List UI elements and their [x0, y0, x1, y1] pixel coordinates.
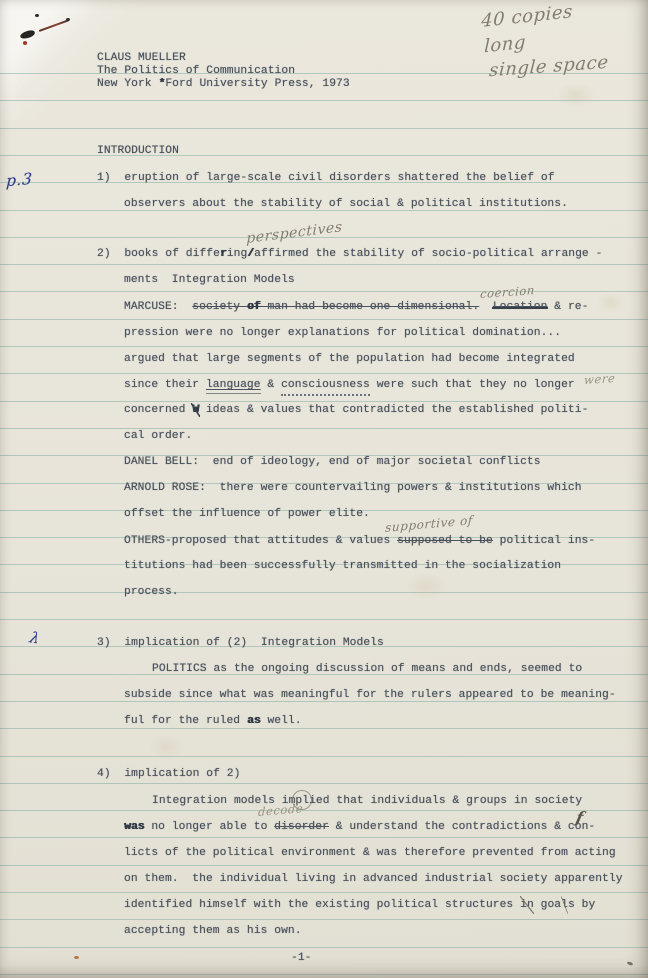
ruled-line [0, 401, 648, 402]
scanned-typewritten-page: CLAUS MUELLERThe Politics of Communicati… [0, 0, 648, 978]
typed-segment: observers about the stability of social … [124, 198, 568, 211]
typed-segment: ARNOLD ROSE: there were countervailing p… [124, 482, 582, 495]
ruled-line [0, 428, 648, 429]
typed-segment: 1) eruption of large-scale civil disorde… [97, 172, 555, 185]
paper-stain [596, 292, 626, 314]
typed-segment: subside since what was meaningful for th… [124, 689, 616, 702]
header-title: The Politics of Communication [97, 65, 295, 78]
hw-margin-caret: λ [28, 631, 42, 647]
hw-page-ref-p3: p.3 [6, 172, 33, 190]
typed-segment: on them. the individual living in advanc… [124, 873, 623, 886]
marcuse-line2: pression were no longer explanations for… [124, 327, 561, 340]
typed-segment: Ford University Press, 1973 [165, 78, 349, 91]
page-number: -1- [291, 952, 312, 965]
ruled-line [0, 264, 648, 265]
section-heading-introduction: INTRODUCTION [97, 145, 179, 158]
typed-segment: ied that individuals & groups in society [309, 795, 582, 808]
header-publisher: New York *Ford University Press, 1973 [97, 78, 350, 91]
typed-segment: l [561, 899, 568, 912]
corner-speck [627, 961, 634, 966]
typed-segment: well. [261, 715, 302, 728]
hw-decode: decode [258, 803, 304, 819]
hw-were: were [584, 373, 616, 387]
ruled-line [0, 783, 648, 784]
red-dot-mark [23, 41, 27, 45]
typed-segment: were such that they no longer [370, 379, 575, 392]
hw-40-copies: 40 copies [481, 3, 573, 31]
ruled-line [0, 291, 648, 292]
item4-line2: Integration models implied that individu… [152, 795, 582, 808]
typed-segment: The Politics of Communication [97, 65, 295, 78]
typed-segment: & re- [547, 301, 588, 314]
typed-segment: titutions had been successfully transmit… [124, 560, 561, 573]
orange-speck [74, 956, 79, 959]
typed-segment: supposed to be [397, 535, 493, 548]
ruled-line [0, 892, 648, 893]
typed-segment: process. [124, 586, 179, 599]
typed-segment: OTHERS-proposed that attitudes & values [124, 535, 397, 548]
marcuse-line3: argued that large segments of the popula… [124, 353, 575, 366]
marcuse-line6: cal order. [124, 430, 192, 443]
hw-perspectives: perspectives [246, 220, 342, 246]
others-line3: process. [124, 586, 179, 599]
item1-line1: 1) eruption of large-scale civil disorde… [97, 172, 555, 185]
ruled-line [0, 619, 648, 620]
typed-segment: concerned [124, 404, 192, 417]
typed-segment: & [261, 379, 282, 392]
typed-segment: argued that large segments of the popula… [124, 353, 575, 366]
typed-segment: New York [97, 78, 158, 91]
scratch-end-dot [66, 18, 70, 21]
item3-line3: subside since what was meaningful for th… [124, 689, 616, 702]
item4-line1: 4) implication of 2) [97, 768, 240, 781]
ruled-line [0, 346, 648, 347]
typed-segment: 3) implication of (2) Integration Models [97, 637, 384, 650]
ruled-line [0, 592, 648, 593]
typed-segment: MARCUSE: [124, 301, 192, 314]
typed-segment: W [192, 404, 199, 417]
daniel-bell-line: DANEL BELL: end of ideology, end of majo… [124, 456, 541, 469]
typed-segment: s by [568, 899, 595, 912]
typed-segment: cal order. [124, 430, 192, 443]
item2-line2: ments Integration Models [124, 274, 295, 287]
ruled-line [0, 947, 648, 948]
typed-segment: CLAUS MUELLER [97, 52, 186, 65]
item3-line1: 3) implication of (2) Integration Models [97, 637, 384, 650]
typed-segment: POLITICS as the ongoing discussion of me… [152, 663, 582, 676]
ruled-line [0, 974, 648, 975]
typed-segment [479, 301, 493, 314]
hw-single-space: single space [489, 54, 610, 80]
typed-segment: accepting them as his own. [124, 925, 302, 938]
typed-segment: pression were no longer explanations for… [124, 327, 561, 340]
typed-segment: ments Integration Models [124, 274, 295, 287]
ruled-line [0, 373, 648, 374]
typed-segment: goa [534, 899, 561, 912]
hw-supportive-of: supportive of [385, 514, 473, 534]
ruled-line [0, 756, 648, 757]
paper-stain [404, 572, 448, 600]
typed-segment: ideas & values that contradicted the est… [199, 404, 588, 417]
typed-segment: identified himself with the existing pol… [124, 899, 520, 912]
item2-line1: 2) books of differing/affirmed the stabi… [97, 248, 602, 261]
typed-segment: ful for the ruled [124, 715, 247, 728]
item3-line2: POLITICS as the ongoing discussion of me… [152, 663, 582, 676]
item4-line7: accepting them as his own. [124, 925, 302, 938]
item4-line6: identified himself with the existing pol… [124, 899, 595, 912]
typed-segment: -1- [291, 952, 312, 965]
typed-segment: was [124, 821, 145, 834]
typed-segment: offset the influence of power elite. [124, 508, 370, 521]
typed-segment: & understand the contradictions & con [329, 821, 589, 834]
arnold-rose-line1: ARNOLD ROSE: there were countervailing p… [124, 482, 582, 495]
typed-segment: r [220, 248, 227, 261]
typed-segment: man had become one dimensional. [261, 301, 480, 314]
typed-segment: affirmed the stability of socio-politica… [254, 248, 602, 261]
typed-segment: INTRODUCTION [97, 145, 179, 158]
ruled-line [0, 728, 648, 729]
typed-segment: 4) implication of 2) [97, 768, 240, 781]
ruled-line [0, 128, 648, 129]
typed-segment: Location [493, 301, 548, 314]
marcuse-line1: MARCUSE: society of man had become one d… [124, 301, 588, 314]
ruled-line [0, 865, 648, 866]
header-author: CLAUS MUELLER [97, 52, 186, 65]
ink-dot-mark [35, 14, 39, 17]
item4-line4: licts of the political environment & was… [124, 847, 616, 860]
ruled-line [0, 837, 648, 838]
typed-segment: since their [124, 379, 206, 392]
typed-segment: consciousness [281, 379, 370, 396]
ruled-line [0, 919, 648, 920]
hw-long: long [484, 34, 527, 57]
hw-coercion: coercion [480, 285, 536, 300]
typed-segment: disorder [274, 821, 329, 834]
ruled-line [0, 100, 648, 101]
arnold-rose-line2: offset the influence of power elite. [124, 508, 370, 521]
item4-line5: on them. the individual living in advanc… [124, 873, 623, 886]
marcuse-line5: concerned W ideas & values that contradi… [124, 404, 588, 417]
paper-stain [556, 82, 596, 108]
marcuse-line4: since their language & consciousness wer… [124, 379, 575, 396]
typed-segment: political ins- [493, 535, 595, 548]
typed-segment: language [206, 379, 261, 394]
ruled-line [0, 810, 648, 811]
item4-line3: was no longer able to disorder & underst… [124, 821, 595, 834]
item1-line2: observers about the stability of social … [124, 198, 568, 211]
typed-segment: society [192, 301, 247, 314]
others-line2: titutions had been successfully transmit… [124, 560, 561, 573]
typed-segment: licts of the political environment & was… [124, 847, 616, 860]
item3-line4: ful for the ruled as well. [124, 715, 302, 728]
typed-segment: no longer able to [145, 821, 275, 834]
others-line1: OTHERS-proposed that attitudes & values … [124, 535, 595, 548]
typed-segment: DANEL BELL: end of ideology, end of majo… [124, 456, 541, 469]
typed-segment: as [247, 715, 261, 728]
typed-segment: 2) books of diffe [97, 248, 220, 261]
typed-segment: ing [227, 248, 248, 261]
typed-segment: in [520, 899, 534, 912]
typed-segment: - [588, 821, 595, 834]
typed-segment: of [247, 301, 261, 314]
ruled-line [0, 319, 648, 320]
